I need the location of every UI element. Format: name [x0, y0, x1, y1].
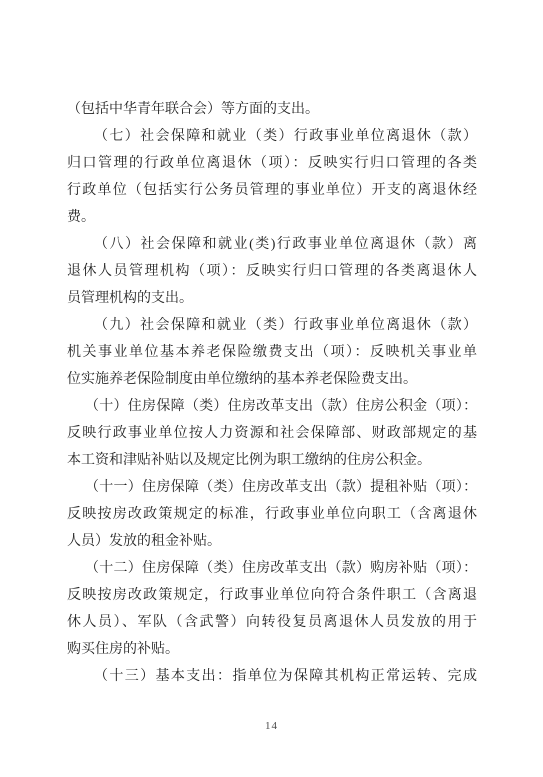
text-line: 本工资和津贴补贴以及规定比例为职工缴纳的住房公积金。 [67, 447, 477, 474]
text-line: 位实施养老保险制度由单位缴纳的基本养老保险费支出。 [67, 366, 477, 393]
text-line: 退休人员管理机构（项）：反映实行归口管理的各类离退休人 [67, 258, 477, 285]
text-line: 员管理机构的支出。 [67, 285, 477, 312]
paragraph-continuation: （包括中华青年联合会）等方面的支出。 [67, 96, 477, 123]
text-line: 反映行政事业单位按人力资源和社会保障部、财政部规定的基 [67, 420, 477, 447]
text-line: 归口管理的行政单位离退休（项）：反映实行归口管理的各类 [67, 150, 477, 177]
text-line: 反映按房改政策规定，行政事业单位向符合条件职工（含离退 [67, 582, 477, 609]
paragraph-item-12: （十二）住房保障（类）住房改革支出（款）购房补贴（项）： 反映按房改政策规定，行… [67, 555, 477, 663]
text-line: 机关事业单位基本养老保险缴费支出（项）：反映机关事业单 [67, 339, 477, 366]
body-text: （包括中华青年联合会）等方面的支出。 （七）社会保障和就业（类）行政事业单位离退… [67, 96, 477, 690]
text-line: 行政单位（包括实行公务员管理的事业单位）开支的离退休经 [67, 177, 477, 204]
paragraph-item-11: （十一）住房保障（类）住房改革支出（款）提租补贴（项）： 反映按房改政策规定的标… [67, 474, 477, 555]
text-line: （十三）基本支出：指单位为保障其机构正常运转、完成 [67, 663, 477, 690]
text-line: （包括中华青年联合会）等方面的支出。 [67, 96, 477, 123]
text-line: （十）住房保障（类）住房改革支出（款）住房公积金（项）： [67, 393, 477, 420]
text-line: （十一）住房保障（类）住房改革支出（款）提租补贴（项）： [67, 474, 477, 501]
text-line: （七）社会保障和就业（类）行政事业单位离退休（款） [67, 123, 477, 150]
text-line: 休人员）、军队（含武警）向转役复员离退休人员发放的用于 [67, 609, 477, 636]
text-line: 反映按房改政策规定的标准，行政事业单位向职工（含离退休 [67, 501, 477, 528]
page-number: 14 [0, 720, 543, 732]
text-line: （十二）住房保障（类）住房改革支出（款）购房补贴（项）： [67, 555, 477, 582]
paragraph-item-7: （七）社会保障和就业（类）行政事业单位离退休（款） 归口管理的行政单位离退休（项… [67, 123, 477, 231]
text-line: （八）社会保障和就业(类)行政事业单位离退休（款）离 [67, 231, 477, 258]
document-page: （包括中华青年联合会）等方面的支出。 （七）社会保障和就业（类）行政事业单位离退… [0, 0, 543, 777]
paragraph-item-13: （十三）基本支出：指单位为保障其机构正常运转、完成 [67, 663, 477, 690]
text-line: （九）社会保障和就业（类）行政事业单位离退休（款） [67, 312, 477, 339]
text-line: 费。 [67, 204, 477, 231]
paragraph-item-10: （十）住房保障（类）住房改革支出（款）住房公积金（项）： 反映行政事业单位按人力… [67, 393, 477, 474]
text-line: 购买住房的补贴。 [67, 636, 477, 663]
paragraph-item-8: （八）社会保障和就业(类)行政事业单位离退休（款）离 退休人员管理机构（项）：反… [67, 231, 477, 312]
paragraph-item-9: （九）社会保障和就业（类）行政事业单位离退休（款） 机关事业单位基本养老保险缴费… [67, 312, 477, 393]
text-line: 人员）发放的租金补贴。 [67, 528, 477, 555]
